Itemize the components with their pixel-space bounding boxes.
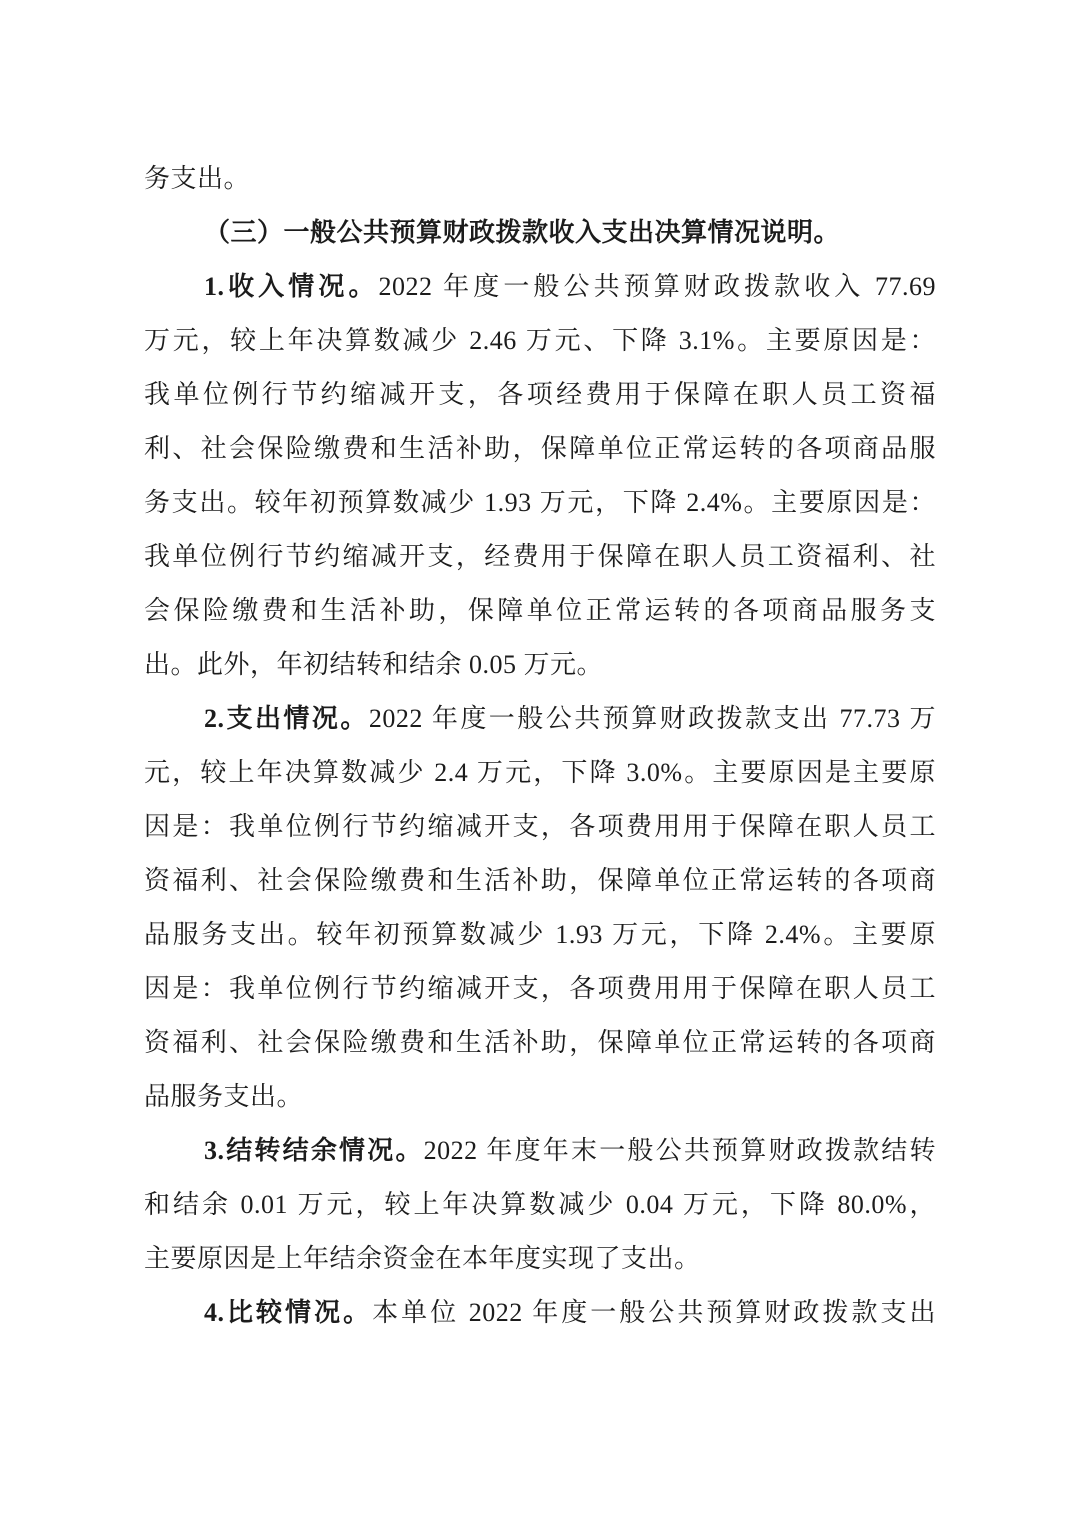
text-run: 出。此外，年初结转和结余 0.05 万元。 — [144, 650, 603, 679]
text-run: 2022 年度一般公共预算财政拨款支出 77.73 万 — [369, 704, 936, 733]
text-line: 元，较上年决算数减少 2.4 万元，下降 3.0%。主要原因是主要原 — [144, 746, 936, 800]
text-run: 因是：我单位例行节约缩减开支，各项费用用于保障在职人员工 — [144, 812, 936, 841]
text-line: 因是：我单位例行节约缩减开支，各项费用用于保障在职人员工 — [144, 800, 936, 854]
text-run: 利、社会保险缴费和生活补助，保障单位正常运转的各项商品服 — [144, 434, 936, 463]
text-line: 我单位例行节约缩减开支，各项经费用于保障在职人员工资福 — [144, 368, 936, 422]
text-line: 利、社会保险缴费和生活补助，保障单位正常运转的各项商品服 — [144, 422, 936, 476]
text-line: 品服务支出。较年初预算数减少 1.93 万元，下降 2.4%。主要原 — [144, 908, 936, 962]
text-run: 品服务支出。 — [144, 1082, 303, 1111]
text-line: 品服务支出。 — [144, 1070, 936, 1124]
text-run-bold: 1.收入情况。 — [204, 272, 379, 301]
text-run: 和结余 0.01 万元，较上年决算数减少 0.04 万元，下降 80.0%， — [144, 1190, 936, 1219]
text-run: 我单位例行节约缩减开支，各项经费用于保障在职人员工资福 — [144, 380, 936, 409]
text-run: 务支出。 — [144, 164, 250, 193]
text-line: 2.支出情况。2022 年度一般公共预算财政拨款支出 77.73 万 — [144, 692, 936, 746]
text-run: 元，较上年决算数减少 2.4 万元，下降 3.0%。主要原因是主要原 — [144, 758, 936, 787]
text-line: 资福利、社会保险缴费和生活补助，保障单位正常运转的各项商 — [144, 854, 936, 908]
text-line: 3.结转结余情况。2022 年度年末一般公共预算财政拨款结转 — [144, 1124, 936, 1178]
text-line: 1.收入情况。2022 年度一般公共预算财政拨款收入 77.69 — [144, 260, 936, 314]
text-run: 主要原因是上年结余资金在本年度实现了支出。 — [144, 1244, 701, 1273]
text-run: 会保险缴费和生活补助，保障单位正常运转的各项商品服务支 — [144, 596, 936, 625]
text-run: 务支出。较年初预算数减少 1.93 万元，下降 2.4%。主要原因是： — [144, 488, 936, 517]
text-line: 资福利、社会保险缴费和生活补助，保障单位正常运转的各项商 — [144, 1016, 936, 1070]
text-line: 4.比较情况。本单位 2022 年度一般公共预算财政拨款支出 — [144, 1286, 936, 1340]
text-run-bold: 2.支出情况。 — [204, 704, 369, 733]
text-run: 本单位 2022 年度一般公共预算财政拨款支出 — [372, 1298, 936, 1327]
document-text: 务支出。（三）一般公共预算财政拨款收入支出决算情况说明。1.收入情况。2022 … — [144, 152, 936, 1340]
text-run: 2022 年度年末一般公共预算财政拨款结转 — [424, 1136, 936, 1165]
text-line: 我单位例行节约缩减开支，经费用于保障在职人员工资福利、社 — [144, 530, 936, 584]
text-run-bold: 4.比较情况。 — [204, 1298, 372, 1327]
text-run: 万元，较上年决算数减少 2.46 万元、下降 3.1%。主要原因是： — [144, 326, 936, 355]
text-run: 资福利、社会保险缴费和生活补助，保障单位正常运转的各项商 — [144, 866, 936, 895]
text-run: 资福利、社会保险缴费和生活补助，保障单位正常运转的各项商 — [144, 1028, 936, 1057]
text-line: （三）一般公共预算财政拨款收入支出决算情况说明。 — [144, 206, 936, 260]
text-run-bold: 3.结转结余情况。 — [204, 1136, 424, 1165]
text-line: 务支出。 — [144, 152, 936, 206]
text-line: 会保险缴费和生活补助，保障单位正常运转的各项商品服务支 — [144, 584, 936, 638]
text-run-bold: （三）一般公共预算财政拨款收入支出决算情况说明。 — [204, 218, 840, 247]
text-run: 我单位例行节约缩减开支，经费用于保障在职人员工资福利、社 — [144, 542, 936, 571]
text-run: 2022 年度一般公共预算财政拨款收入 77.69 — [379, 272, 936, 301]
text-line: 因是：我单位例行节约缩减开支，各项费用用于保障在职人员工 — [144, 962, 936, 1016]
text-line: 主要原因是上年结余资金在本年度实现了支出。 — [144, 1232, 936, 1286]
text-run: 品服务支出。较年初预算数减少 1.93 万元，下降 2.4%。主要原 — [144, 920, 936, 949]
text-line: 务支出。较年初预算数减少 1.93 万元，下降 2.4%。主要原因是： — [144, 476, 936, 530]
text-line: 万元，较上年决算数减少 2.46 万元、下降 3.1%。主要原因是： — [144, 314, 936, 368]
document-page: 务支出。（三）一般公共预算财政拨款收入支出决算情况说明。1.收入情况。2022 … — [0, 0, 1074, 1520]
text-run: 因是：我单位例行节约缩减开支，各项费用用于保障在职人员工 — [144, 974, 936, 1003]
text-line: 出。此外，年初结转和结余 0.05 万元。 — [144, 638, 936, 692]
text-line: 和结余 0.01 万元，较上年决算数减少 0.04 万元，下降 80.0%， — [144, 1178, 936, 1232]
